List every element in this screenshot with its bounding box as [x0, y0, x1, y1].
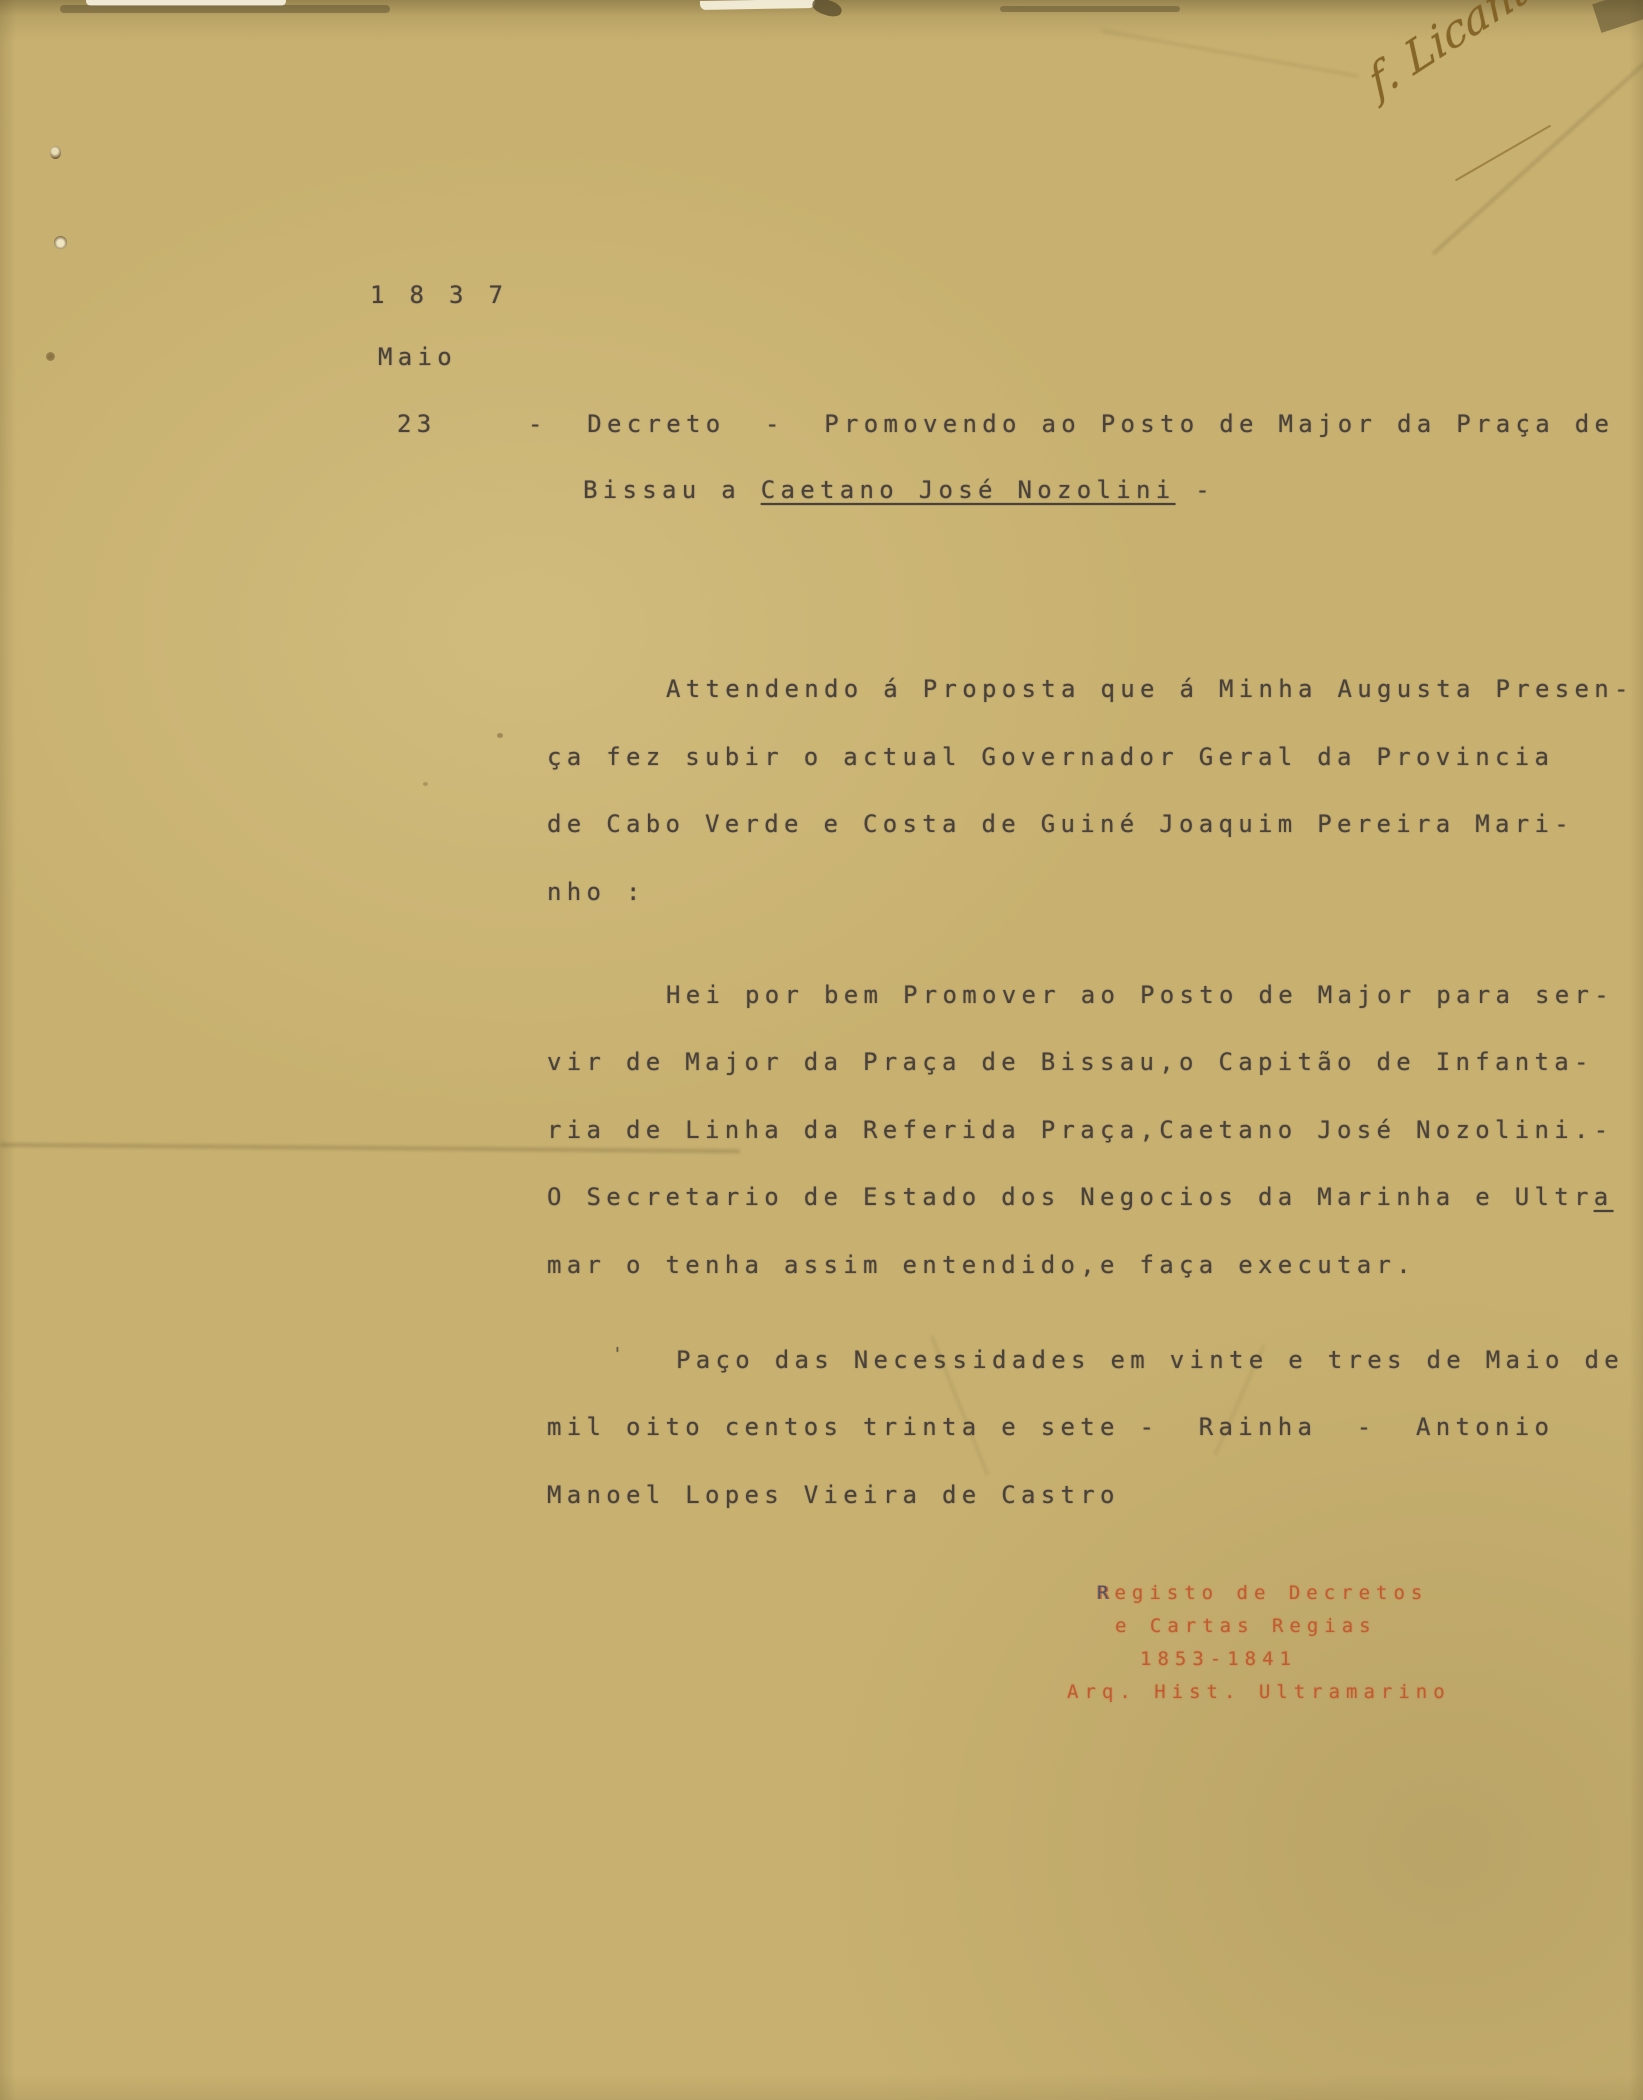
paper-speck	[423, 782, 428, 786]
body-line: ça fez subir o actual Governador Geral d…	[547, 740, 1554, 774]
body-line: mil oito centos trinta e sete - Rainha -…	[547, 1410, 1554, 1444]
archive-stamp-line: 1853-1841	[1140, 1646, 1297, 1672]
paper-tear	[700, 0, 815, 10]
body-line: mar o tenha assim entendido,e faça execu…	[547, 1248, 1416, 1282]
archive-stamp-line: Arq. Hist. Ultramarino	[1067, 1679, 1451, 1705]
document-page: f. Licanté 1 8 3 7 Maio 23 - Decreto - P…	[0, 0, 1643, 2100]
paper-tear	[60, 5, 390, 13]
heading-text: -	[1175, 476, 1215, 504]
archive-stamp-line: Registo de Decretos	[1097, 1580, 1428, 1606]
decree-heading-line1: - Decreto - Promovendo ao Posto de Major…	[528, 407, 1614, 441]
body-line: vir de Major da Praça de Bissau,o Capitã…	[547, 1045, 1594, 1079]
paper-crease	[1432, 25, 1643, 255]
body-line: Hei por bem Promover ao Posto de Major p…	[666, 978, 1614, 1012]
body-line: O Secretario de Estado dos Negocios da M…	[547, 1180, 1613, 1214]
typed-month: Maio	[378, 340, 457, 374]
typed-day: 23	[397, 407, 437, 441]
paper-tear	[1000, 6, 1180, 12]
decree-heading-line2: Bissau a Caetano José Nozolini -	[583, 473, 1215, 507]
heading-text: Bissau a	[583, 476, 761, 504]
punch-hole	[50, 146, 61, 159]
body-line: nho :	[547, 875, 646, 909]
stamp-overstruck-initial: R	[1097, 1582, 1114, 1604]
paper-crease	[1102, 29, 1359, 77]
archive-stamp-line: e Cartas Regias	[1115, 1613, 1377, 1639]
body-line: ria de Linha da Referida Praça,Caetano J…	[547, 1113, 1613, 1147]
body-text: O Secretario de Estado dos Negocios da M…	[547, 1183, 1594, 1211]
body-line: Attendendo á Proposta que á Minha August…	[666, 672, 1634, 706]
typed-year: 1 8 3 7	[370, 278, 508, 312]
underlined-name: Caetano José Nozolini	[761, 476, 1176, 504]
stamp-text: egisto de Decretos	[1114, 1582, 1428, 1604]
paper-tear	[810, 0, 843, 19]
handwritten-signature: f. Licanté	[1362, 0, 1557, 109]
body-line: Manoel Lopes Vieira de Castro	[547, 1478, 1120, 1512]
body-line: Paço das Necessidades em vinte e tres de…	[676, 1343, 1624, 1377]
paper-speck	[497, 733, 503, 738]
punch-hole	[46, 352, 55, 361]
punch-hole	[54, 236, 67, 249]
body-line: de Cabo Verde e Costa de Guiné Joaquim P…	[547, 807, 1574, 841]
signature-flourish	[1455, 125, 1551, 182]
underlined-letter: a	[1594, 1183, 1614, 1211]
stray-apostrophe-mark: '	[612, 1338, 628, 1372]
paper-tear	[1592, 0, 1643, 33]
